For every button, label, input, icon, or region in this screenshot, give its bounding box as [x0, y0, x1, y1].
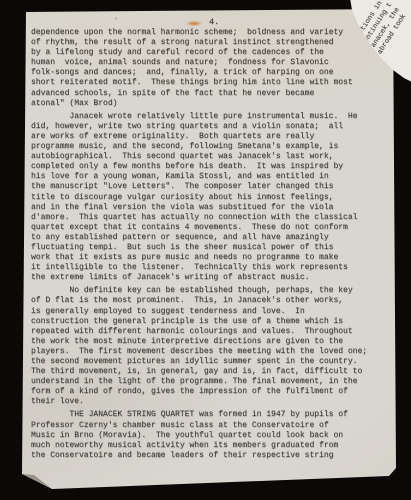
page-number: 4.: [209, 17, 219, 27]
document-page: 4. ' dependence upon the normal harmonic…: [0, 0, 411, 500]
paragraph-4: THE JANACEK STRING QUARTET was formed in…: [31, 410, 376, 460]
ink-smudge: [186, 21, 202, 26]
stray-ink-mark: ': [157, 456, 161, 464]
typed-text-block: dependence upon the normal harmonic sche…: [31, 28, 376, 464]
paragraph-3: No definite key can be established thoug…: [31, 286, 376, 407]
stray-ink-mark: ': [114, 18, 118, 26]
paragraph-1: dependence upon the normal harmonic sche…: [31, 28, 376, 109]
paragraph-2: Janacek wrote relatively little pure ins…: [31, 112, 376, 284]
photo-background: 4. ' dependence upon the normal harmonic…: [0, 0, 411, 500]
